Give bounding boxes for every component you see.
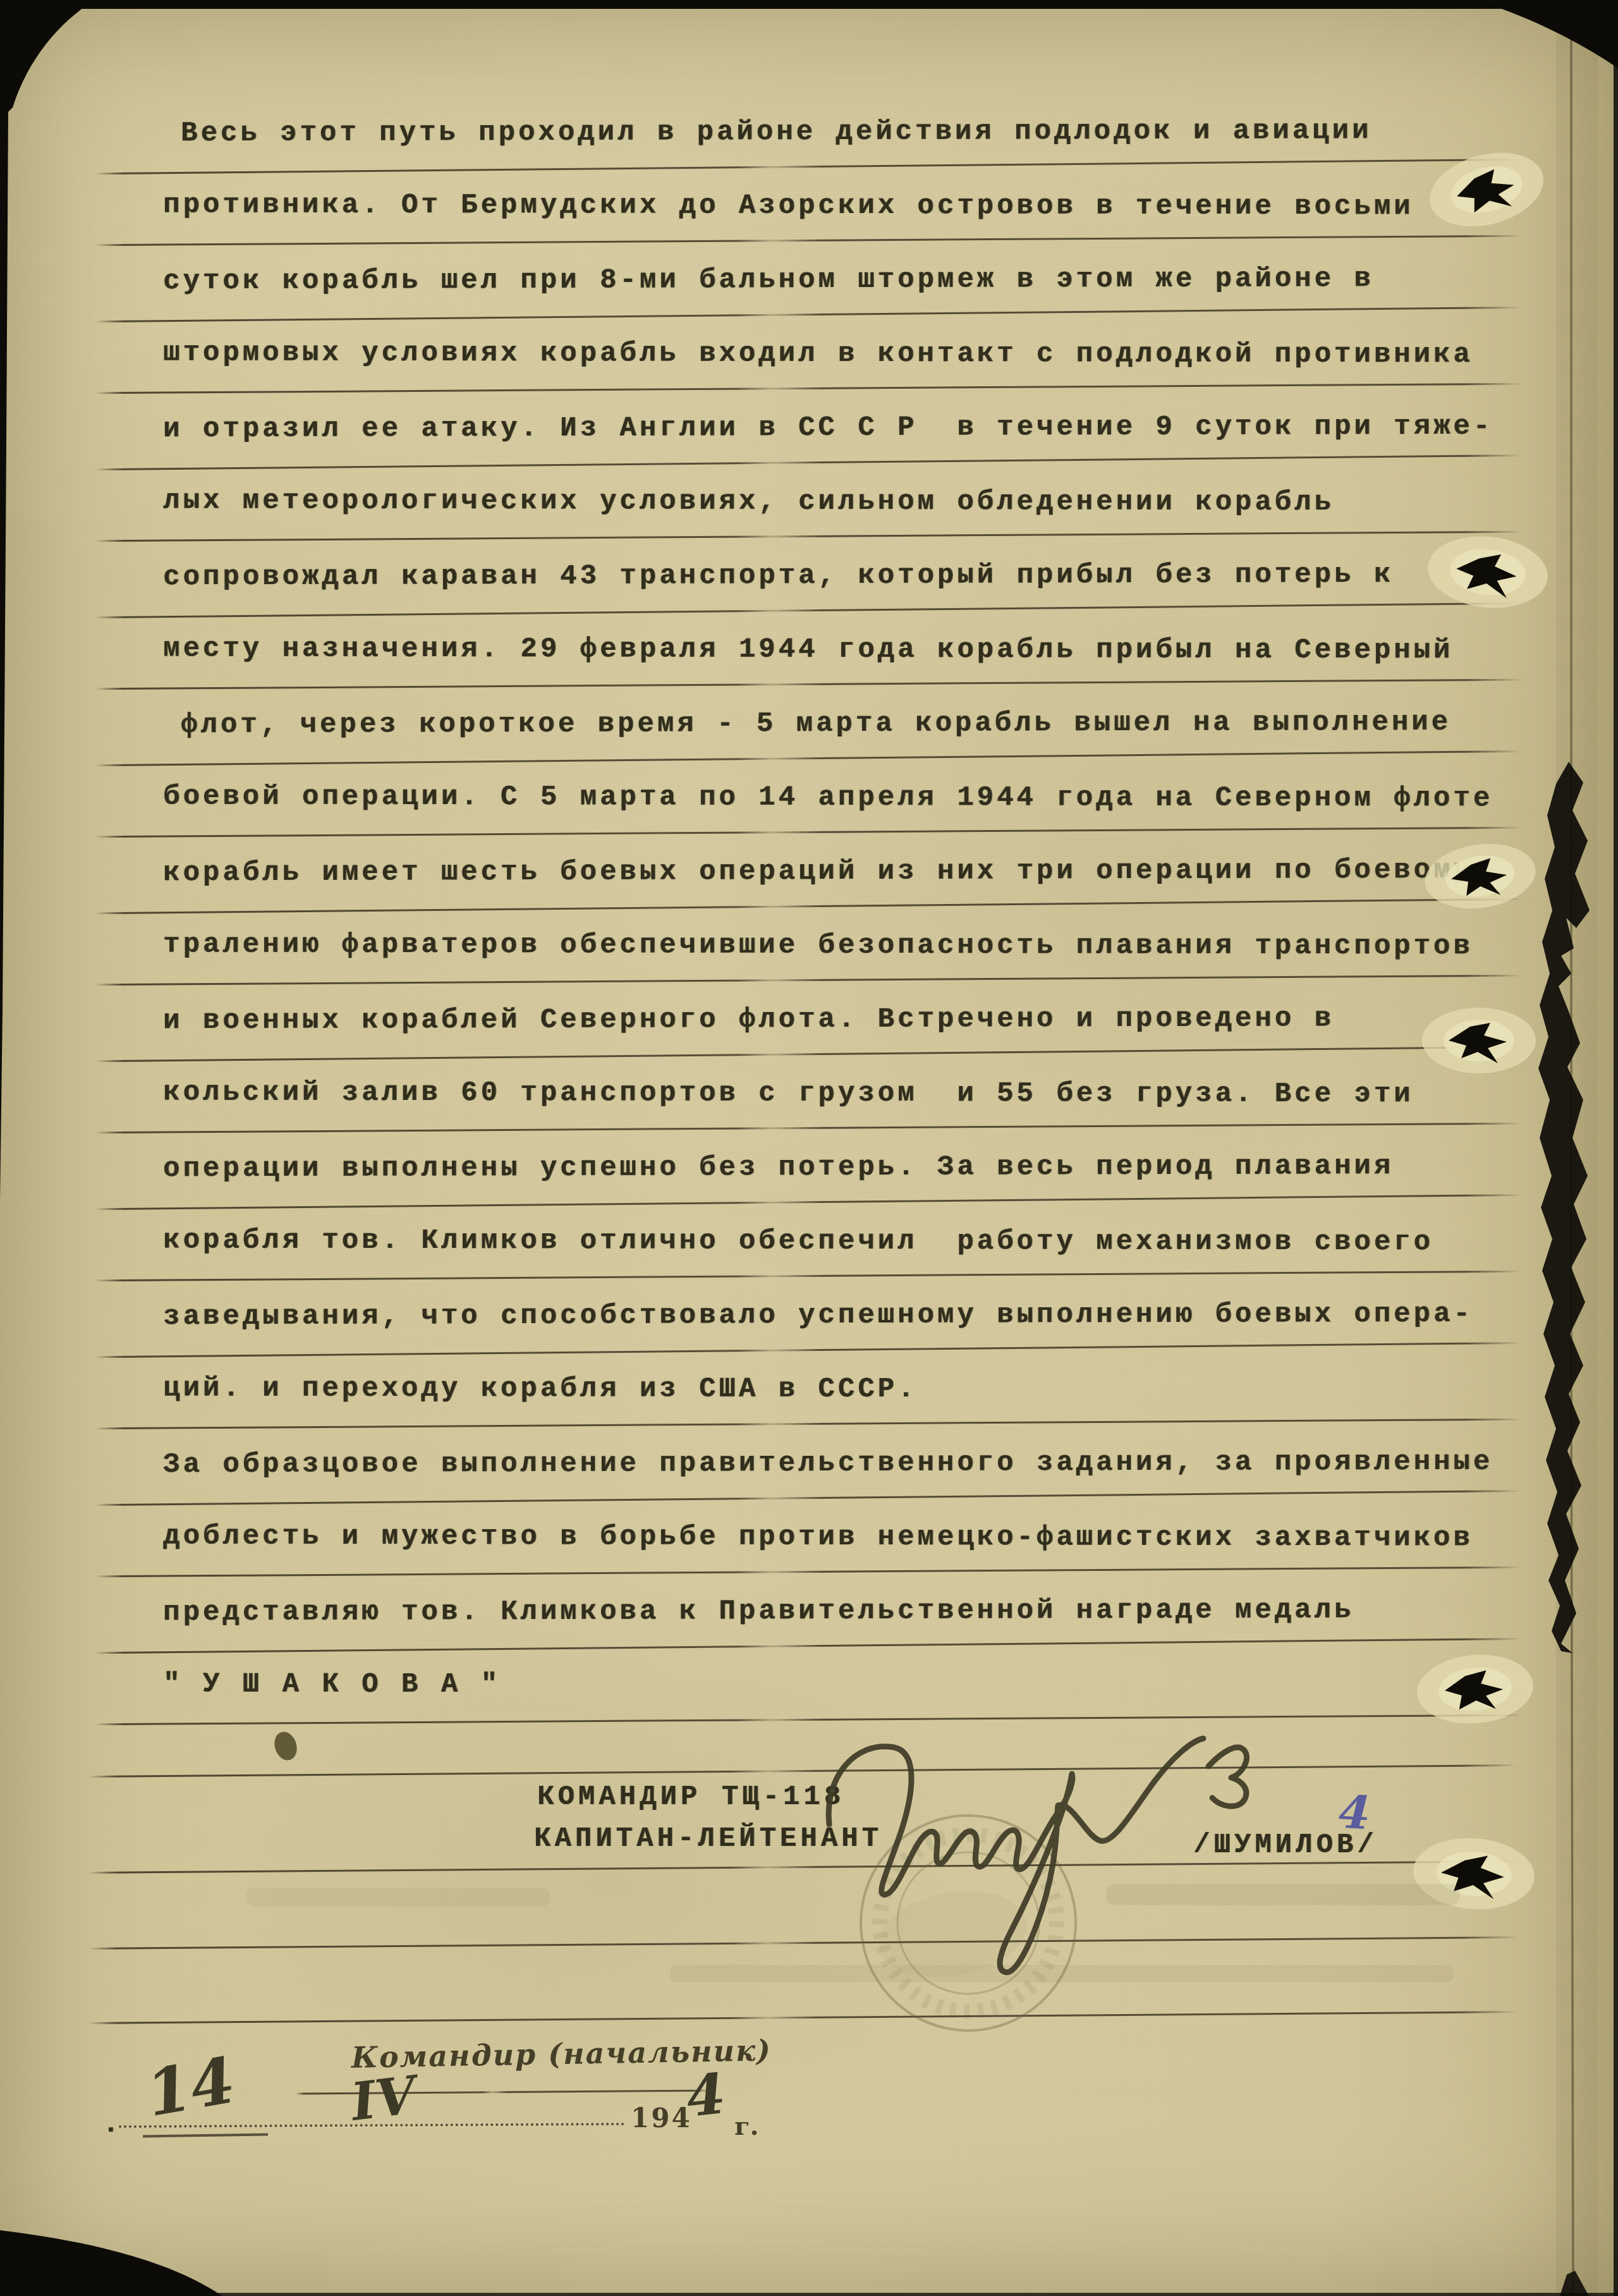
ink-blot (271, 1729, 301, 1763)
date-leading-dot: . (102, 2109, 123, 2140)
typed-line-text: сопровождал караван 43 транспорта, котор… (163, 559, 1394, 593)
scan-edge-top (0, 0, 1618, 9)
page-number-annotation: 4 (1337, 1785, 1372, 1840)
typed-line-text: корабль имеет шесть боевых операций из н… (163, 854, 1473, 888)
ruled-line (95, 1714, 1522, 1726)
typed-line-text: представляю тов. Климкова к Правительств… (163, 1594, 1354, 1628)
scan-edge-right (1614, 0, 1618, 2296)
ruled-line (88, 1936, 1518, 1950)
typed-line: операции выполнены успешно без потерь. З… (163, 1129, 1522, 1206)
edge-tear (1538, 762, 1590, 1653)
ink-smudge (246, 1888, 550, 1907)
typed-line: доблесть и мужество в борьбе против неме… (163, 1499, 1522, 1575)
ink-smudge (1106, 1884, 1460, 1905)
scan-corner-top-right (1476, 0, 1618, 68)
handwritten-month: IV (348, 2065, 420, 2133)
typed-line: и отразил ее атаку. Из Англии в СС С Р в… (163, 389, 1522, 467)
fold-shadow (1556, 0, 1598, 2296)
typed-line: корабля тов. Климков отлично обеспечил р… (163, 1203, 1522, 1279)
typed-line: противника. От Бермудских до Азорских ос… (163, 168, 1522, 243)
typed-line-text: заведывания, что способствовало успешном… (163, 1298, 1473, 1332)
ruled-line (88, 1860, 1518, 1874)
typed-line: корабль имеет шесть боевых операций из н… (163, 833, 1522, 910)
fold-crease-line (1571, 11, 1573, 2296)
scan-edge-left (0, 0, 9, 1201)
typed-line-text: суток корабль шел при 8-ми бальном шторм… (163, 263, 1374, 297)
typed-line: и военных кораблей Северного флота. Встр… (163, 981, 1522, 1058)
ruled-line (88, 2011, 1518, 2024)
typed-text-block: Весь этот путь проходил в районе действи… (163, 95, 1522, 1722)
handwritten-day: 14 (141, 2043, 241, 2131)
typed-line-text: корабля тов. Климков отлично обеспечил р… (163, 1224, 1433, 1258)
scanned-document-page: Весь этот путь проходил в районе действи… (0, 0, 1618, 2296)
scan-corner-top-left (0, 0, 95, 120)
typed-line-text: " У Ш А К О В А " (163, 1668, 501, 1701)
commander-position-line2: КАПИТАН-ЛЕЙТЕНАНТ (534, 1823, 882, 1855)
ink-smudge (670, 1965, 1454, 1982)
typed-line-text: операции выполнены успешно без потерь. З… (163, 1151, 1394, 1185)
typed-line-text: доблесть и мужество в борьбе против неме… (163, 1520, 1473, 1554)
typed-line: " У Ш А К О В А " (163, 1647, 1522, 1723)
printed-year-prefix: 194 (631, 2103, 692, 2134)
date-solid-line (143, 2134, 268, 2138)
typed-line-text: тралению фарватеров обеспечившие безопас… (163, 929, 1473, 962)
typed-line-text: противника. От Бермудских до Азорских ос… (163, 189, 1414, 223)
printed-year-suffix: г. (734, 2111, 758, 2141)
typed-line-text: и отразил ее атаку. Из Англии в СС С Р в… (163, 410, 1493, 444)
typed-line: тралению фарватеров обеспечившие безопас… (163, 907, 1522, 983)
typed-line: заведывания, что способствовало успешном… (163, 1277, 1522, 1354)
edge-tear (1560, 2271, 1589, 2296)
typed-line: месту назначения. 29 февраля 1944 года к… (163, 611, 1522, 687)
ruled-line (88, 1764, 1518, 1778)
scan-corner-bottom-left (0, 2230, 222, 2296)
typed-line-text: боевой операции. С 5 марта по 14 апреля … (163, 781, 1493, 814)
typed-line: суток корабль шел при 8-ми бальном шторм… (163, 241, 1522, 319)
typed-line-text: кольский залив 60 транспортов с грузом и… (163, 1077, 1414, 1110)
typed-line: Весь этот путь проходил в районе действи… (163, 94, 1522, 171)
typed-line: лых метеорологических условиях, сильном … (163, 463, 1522, 539)
typed-line-text: месту назначения. 29 февраля 1944 года к… (163, 633, 1453, 666)
typed-line-text: флот, через короткое время - 5 марта кор… (163, 706, 1451, 740)
commander-position-line1: КОМАНДИР ТЩ-118 (537, 1781, 844, 1813)
scan-edge-bottom (190, 2293, 1618, 2296)
typed-line-text: штормовых условиях корабль входил в конт… (163, 337, 1473, 370)
typed-line-text: лых метеорологических условиях, сильном … (163, 485, 1334, 518)
typed-line-text: Весь этот путь проходил в районе действи… (163, 115, 1372, 149)
typed-line: представляю тов. Климкова к Правительств… (163, 1573, 1522, 1650)
typed-line: За образцовое выполнение правительственн… (163, 1425, 1522, 1502)
typed-line: ций. и переходу корабля из США в СССР. (163, 1351, 1522, 1427)
handwritten-year-digit: 4 (683, 2060, 729, 2130)
typed-line: кольский залив 60 транспортов с грузом и… (163, 1055, 1522, 1131)
typed-line: флот, через короткое время - 5 марта кор… (163, 685, 1522, 762)
typed-line: боевой операции. С 5 марта по 14 апреля … (163, 759, 1522, 835)
typed-line-text: ций. и переходу корабля из США в СССР. (163, 1372, 917, 1405)
punch-hole (1411, 1834, 1536, 1913)
typed-line-text: и военных кораблей Северного флота. Встр… (163, 1003, 1334, 1037)
signature-autograph (829, 1738, 1246, 1972)
typed-line-text: За образцовое выполнение правительственн… (163, 1446, 1493, 1480)
typed-line: штормовых условиях корабль входил в конт… (163, 315, 1522, 391)
typed-line: сопровождал караван 43 транспорта, котор… (163, 537, 1522, 614)
